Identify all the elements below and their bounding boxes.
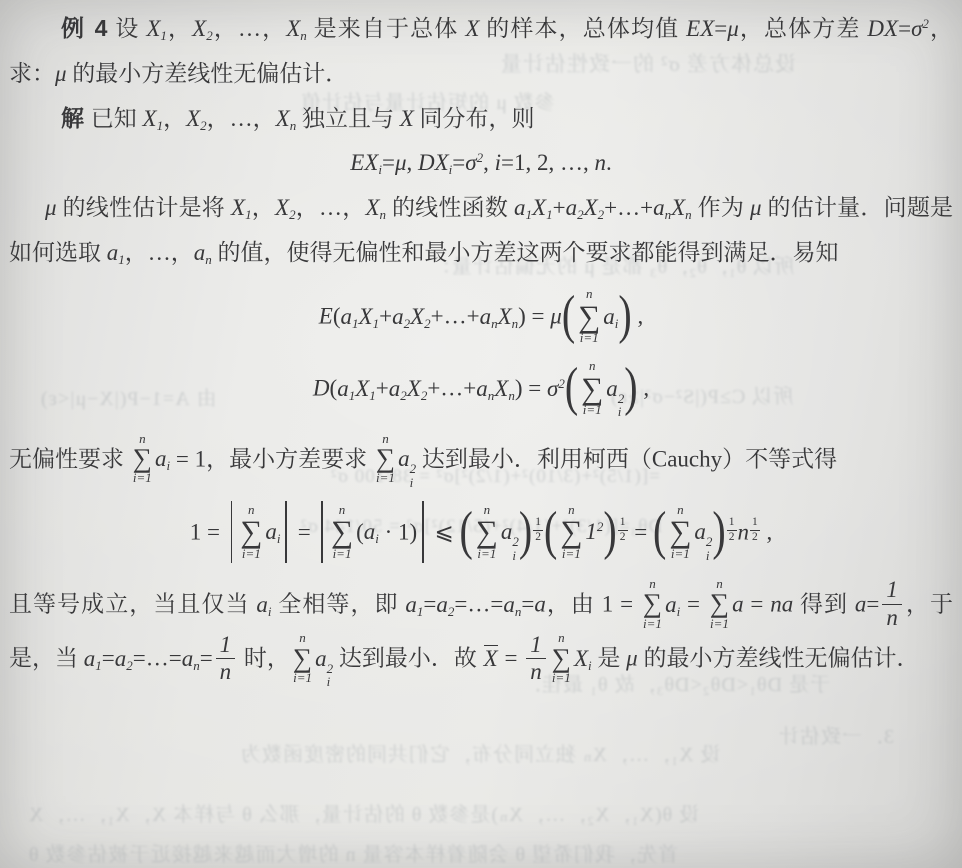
unbiasedness-requirement-paragraph: 无偏性要求 n∑i=1ai = 1，最小方差要求 n∑i=1a2i 达到最小．利… (9, 434, 953, 490)
big-paren: ( (565, 363, 578, 412)
text-run: = (200, 646, 213, 671)
fraction: 1n (216, 632, 236, 686)
math-var-sup: σ2 (911, 16, 929, 41)
fraction: 1n (526, 632, 546, 686)
text-run: = (521, 592, 534, 617)
text-run: = (866, 592, 879, 617)
text-run: 同分布，则 (414, 106, 535, 131)
math-var-sub: an (182, 646, 200, 671)
big-paren: ( (459, 507, 472, 556)
math-var: n (738, 519, 750, 544)
math-var: a (534, 592, 546, 617)
text-run: 得到 (793, 592, 855, 617)
text-run: =1, 2, …, (501, 150, 594, 175)
text-run: ，…， (213, 16, 287, 41)
math-var-sub: a1 (405, 592, 423, 617)
text-run: 且等号成立，当且仅当 (9, 592, 256, 617)
summation-symbol: n∑i=1 (552, 631, 571, 685)
math-var-sub: ai (155, 446, 170, 471)
math-var-sub: a1 (84, 646, 102, 671)
text-run: 的值，使得无偏性和最小方差这两个要求都能得到满足．易知 (212, 240, 839, 265)
abs-bar (321, 501, 323, 563)
text-run: 独立且与 (296, 106, 400, 131)
math-var-sub: a2 (389, 376, 407, 401)
text-run: + (553, 195, 566, 220)
big-paren: ) (624, 363, 637, 412)
overline-var: X (484, 645, 498, 670)
text-run: = (680, 592, 707, 617)
text-run: = (292, 519, 316, 544)
math-var-sub: Xn (276, 106, 297, 131)
text-run: = (102, 646, 115, 671)
math-var-sub: X2 (186, 106, 207, 131)
abs-bar (231, 501, 233, 563)
text-run: +…+ (604, 195, 653, 220)
text-run: 是来自于总体 (307, 16, 466, 41)
math-var-sup: σ2 (465, 150, 483, 175)
text-run: 作为 (692, 195, 750, 220)
formula-expectation: E(a1X1+a2X2+…+anXn) = μ(n∑i=1ai) , (9, 289, 953, 347)
math-var-subsup: a2i (315, 646, 333, 671)
summation-symbol: n∑i=1 (643, 577, 662, 631)
math-var: μ (626, 646, 638, 671)
math-var-sub: Xn (494, 376, 515, 401)
math-var-sub: a2 (392, 304, 410, 329)
math-var-sub: X1 (146, 16, 167, 41)
text-run: =…= (454, 592, 503, 617)
fraction: 1n (882, 577, 902, 631)
math-var: μ (45, 195, 57, 220)
linear-estimate-paragraph: μ 的线性估计是将 X1，X2，…，Xn 的线性函数 a1X1+a2X2+…+a… (9, 185, 953, 275)
math-var-sub: ai (364, 519, 379, 544)
text-run: 是 (592, 646, 627, 671)
math-var-sub: an (480, 304, 498, 329)
text-run: = (744, 592, 771, 617)
math-var: μ (727, 16, 739, 41)
exponent-fraction: 12 (618, 516, 628, 543)
math-var: μ (55, 61, 67, 86)
math-var-sub: X2 (410, 304, 431, 329)
math-var: X (400, 106, 414, 131)
math-var-sub: an (503, 592, 521, 617)
summation-symbol: n∑i=1 (669, 503, 691, 561)
text-run: ， (252, 195, 275, 220)
math-var-sub: X2 (192, 16, 213, 41)
solution-paragraph: 解 已知 X1，X2，…，Xn 独立且与 X 同分布，则 (9, 96, 953, 141)
text-run: ，由 1 = (546, 592, 640, 617)
equality-condition-paragraph: 且等号成立，当且仅当 ai 全相等，即 a1=a2=…=an=a，由 1 = n… (9, 579, 953, 689)
text-run: = (382, 150, 395, 175)
text-run: . (606, 150, 612, 175)
math-var-sub: an (476, 376, 494, 401)
formula-variance: D(a1X1+a2X2+…+anXn) = σ2(n∑i=1a2i) , (9, 361, 953, 419)
math-var-subsup: a2i (501, 519, 519, 544)
math-var: X (465, 16, 479, 41)
big-paren: ( (544, 507, 557, 556)
text-run: 的线性函数 (386, 195, 514, 220)
text-run: = (629, 519, 653, 544)
big-paren: ) (618, 291, 631, 340)
math-var-sub: a1 (514, 195, 532, 220)
math-var-sub: X1 (355, 376, 376, 401)
math-var-sub: X1 (532, 195, 553, 220)
formula-moments: EXi=μ, DXi=σ2, i=1, 2, …, n. (9, 150, 953, 176)
summation-symbol: n∑i=1 (240, 503, 262, 561)
math-var: a (855, 592, 867, 617)
math-var: E (319, 304, 333, 329)
text-run: ( (333, 304, 341, 329)
summation-symbol: n∑i=1 (710, 577, 729, 631)
math-var-sub: Xi (574, 646, 592, 671)
text-run: = (499, 646, 523, 671)
text-run: 达到最小．故 (333, 646, 483, 671)
text-run: , (638, 376, 650, 401)
summation-symbol: n∑i=1 (581, 359, 603, 417)
math-var-sub: Xn (498, 304, 519, 329)
text-run: ) = (515, 376, 547, 401)
text-run: = (898, 16, 911, 41)
text-run: ， (163, 106, 186, 131)
math-var-sub: a1 (107, 240, 125, 265)
math-var-sub: X2 (407, 376, 428, 401)
math-var-subsup: a2i (606, 376, 624, 401)
text-run: = (714, 16, 727, 41)
text-run: = (423, 592, 436, 617)
summation-symbol: n∑i=1 (560, 503, 582, 561)
math-var: n (595, 150, 607, 175)
math-var: μ (550, 304, 562, 329)
example-heading-paragraph: 例 4 设 X1，X2，…，Xn 是来自于总体 X 的样本，总体均值 EX=μ，… (9, 6, 953, 96)
math-var-sub: X2 (275, 195, 296, 220)
bold-label: 解 (61, 105, 85, 131)
summation-symbol: n∑i=1 (376, 432, 395, 486)
text-run: ，总体方差 (739, 16, 868, 41)
math-var-sub: Xn (671, 195, 692, 220)
math-var-sub: an (653, 195, 671, 220)
text-run: , (632, 304, 644, 329)
text-run: 时， (238, 646, 290, 671)
math-var-sub: ai (256, 592, 271, 617)
math-var-sub: Xn (365, 195, 386, 220)
math-var-sub: X1 (359, 304, 380, 329)
math-var: μ (750, 195, 762, 220)
text-run: =…= (133, 646, 182, 671)
summation-symbol: n∑i=1 (133, 432, 152, 486)
math-var-sub: ai (603, 304, 618, 329)
math-var-subsup: a2i (694, 519, 712, 544)
formula-cauchy-inequality: 1 = n∑i=1ai = n∑i=1(ai · 1) ⩽ (n∑i=1a2i)… (9, 503, 953, 565)
math-var-sub: a1 (337, 376, 355, 401)
math-var: D (313, 376, 330, 401)
bold-label: 例 4 (61, 15, 108, 41)
text-run: , (761, 519, 773, 544)
text-run: 的线性估计是将 (57, 195, 231, 220)
math-var-sub: ai (665, 592, 680, 617)
text-run: 1 = (190, 519, 226, 544)
math-var: μ (395, 150, 407, 175)
text-run: 全相等，即 (272, 592, 406, 617)
summation-symbol: n∑i=1 (476, 503, 498, 561)
text-run: 无偏性要求 (9, 446, 130, 471)
math-var-subsup: a2i (398, 446, 416, 471)
math-var-sub: a2 (115, 646, 133, 671)
text-run: + (379, 304, 392, 329)
text-run: ， (167, 16, 192, 41)
text-run: · 1) (379, 519, 417, 544)
text-run: 达到最小．利用柯西（Cauchy）不等式得 (416, 446, 837, 471)
text-run: = 1，最小方差要求 (170, 446, 373, 471)
big-paren: ) (603, 507, 616, 556)
abs-bar (422, 501, 424, 563)
math-var: EX (686, 16, 714, 41)
text-run: 设 (108, 16, 146, 41)
summation-symbol: n∑i=1 (331, 503, 353, 561)
math-var-sub: a2 (566, 195, 584, 220)
math-var-sub: X2 (584, 195, 605, 220)
big-paren: ( (653, 507, 666, 556)
summation-symbol: n∑i=1 (578, 287, 600, 345)
text-run: +…+ (427, 376, 476, 401)
text-run: , (483, 150, 495, 175)
math-var-sup: 12 (585, 519, 603, 544)
exponent-fraction: 12 (533, 516, 543, 543)
math-var-sub: a2 (436, 592, 454, 617)
text-run: ⩽ (429, 519, 460, 544)
math-var-sub: X1 (231, 195, 252, 220)
exponent-fraction: 12 (750, 516, 760, 543)
math-var-sub: an (194, 240, 212, 265)
text-run: ) = (518, 304, 550, 329)
big-paren: ) (712, 507, 725, 556)
exponent-fraction: 12 (727, 516, 737, 543)
text-run: 已知 (85, 106, 143, 131)
text-run: , (407, 150, 419, 175)
math-var-sub: Xn (286, 16, 307, 41)
text-run: = (452, 150, 465, 175)
text-run: ，…， (207, 106, 276, 131)
summation-symbol: n∑i=1 (293, 631, 312, 685)
text-run: 的最小方差线性无偏估计． (638, 646, 920, 671)
abs-bar (285, 501, 287, 563)
text-run: ，…， (125, 240, 194, 265)
math-var-sub: DXi (418, 150, 452, 175)
textbook-page: 设总体方差 σ² 的一致性估计量参数 μ 的矩估计量与估计值所以 θ₁，θ₂，θ… (0, 0, 962, 868)
math-var: DX (867, 16, 898, 41)
math-var-sub: a1 (341, 304, 359, 329)
math-var-sup: σ2 (547, 376, 565, 401)
math-var: a (732, 592, 744, 617)
page-content: 例 4 设 X1，X2，…，Xn 是来自于总体 X 的样本，总体均值 EX=μ，… (0, 0, 962, 868)
text-run: ，…， (296, 195, 366, 220)
big-paren: ( (562, 291, 575, 340)
big-paren: ) (519, 507, 532, 556)
math-var-sub: X1 (143, 106, 164, 131)
text-run: ( (356, 519, 364, 544)
text-run: + (376, 376, 389, 401)
math-var: na (770, 592, 793, 617)
math-var-sub: EXi (350, 150, 382, 175)
text-run: 的最小方差线性无偏估计． (67, 61, 349, 86)
text-run: +…+ (431, 304, 480, 329)
text-run: 的样本，总体均值 (479, 16, 686, 41)
math-var-sub: ai (265, 519, 280, 544)
